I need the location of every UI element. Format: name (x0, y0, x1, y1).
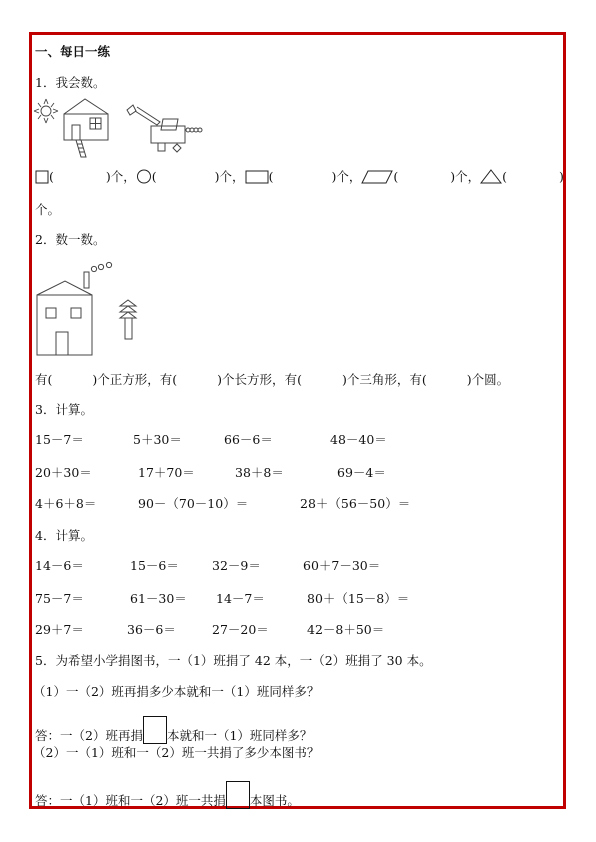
section-title: 一、每日一练 (35, 44, 110, 60)
text: 有( (160, 372, 177, 387)
triangle-icon (480, 169, 502, 188)
house-icon (64, 99, 108, 157)
answer-suffix: 本图书。 (250, 793, 300, 808)
text: 有( (35, 372, 52, 387)
text: )个三角形， (342, 372, 409, 387)
q4-item: 60＋7－30＝ (303, 558, 380, 574)
q3-item: 4＋6＋8＝ (35, 496, 96, 512)
q4-title: 4．计算。 (35, 528, 93, 544)
text: 有( (285, 372, 302, 387)
text: 有( (409, 372, 426, 387)
q1-title: 1．我会数。 (35, 75, 105, 91)
q5-sub1: （1）一（2）班再捐多少本就和一（1）班同样多？ (33, 684, 319, 700)
q5-title: 5．为希望小学捐图书，一（1）班捐了 42 本，一（2）班捐了 30 本。 (35, 653, 432, 669)
q4-item: 75－7＝ (35, 591, 84, 607)
answer-prefix: 答：一（1）班和一（2）班一共捐 (35, 793, 226, 808)
q3-item: 15－7＝ (35, 432, 84, 448)
blank-suffix: )个， (450, 169, 480, 184)
q5-answer1: 答：一（2）班再捐本就和一（1）班同样多？ (35, 716, 312, 744)
text: )个长方形， (217, 372, 284, 387)
q3-item: 90－（70－10）＝ (138, 496, 248, 512)
rectangle-icon (245, 170, 269, 188)
square-icon (35, 170, 49, 188)
q3-item: 20＋30＝ (35, 465, 92, 481)
blank-open: ( (269, 169, 274, 184)
house-icon (37, 281, 92, 355)
robot-dog-icon (127, 105, 202, 152)
q4-item: 14－7＝ (216, 591, 265, 607)
q3-item: 5＋30＝ (133, 432, 182, 448)
tree-icon (120, 300, 136, 339)
q1-blanks-line: ()个，()个，()个，()个，() (35, 169, 564, 188)
q3-item: 38＋8＝ (235, 465, 284, 481)
q2-sentence: 有()个正方形，有()个长方形，有()个三角形，有()个圆。 (35, 372, 509, 388)
q4-item: 80＋（15－8）＝ (307, 591, 409, 607)
q4-item: 61－30＝ (130, 591, 187, 607)
blank-open: ( (152, 169, 157, 184)
q4-item: 14－6＝ (35, 558, 84, 574)
answer-box[interactable] (226, 781, 250, 809)
blank-open: ( (393, 169, 398, 184)
answer-prefix: 答：一（2）班再捐 (35, 728, 143, 743)
circle-icon (136, 169, 152, 188)
chimney-icon (84, 262, 112, 288)
blank-suffix: )个， (215, 169, 245, 184)
q4-item: 36－6＝ (127, 622, 176, 638)
q3-item: 48－40＝ (330, 432, 387, 448)
blank-suffix: )个， (106, 169, 136, 184)
q2-title: 2．数一数。 (35, 232, 105, 248)
q1-picture (33, 97, 203, 162)
q3-item: 28＋（56－50）＝ (300, 496, 410, 512)
text: )个圆。 (467, 372, 509, 387)
q3-item: 17＋70＝ (138, 465, 195, 481)
answer-box[interactable] (143, 716, 167, 744)
blank-suffix: )个， (331, 169, 361, 184)
q4-item: 42－8＋50＝ (307, 622, 384, 638)
text: )个正方形， (92, 372, 159, 387)
q4-item: 27－20＝ (212, 622, 269, 638)
answer-suffix: 本就和一（1）班同样多？ (167, 728, 312, 743)
q3-item: 69－4＝ (337, 465, 386, 481)
q2-picture (35, 260, 145, 360)
q4-item: 32－9＝ (212, 558, 261, 574)
q1-tail: 个。 (35, 202, 60, 218)
blank-suffix: ) (559, 169, 564, 184)
parallelogram-icon (361, 170, 393, 188)
q3-item: 66－6＝ (224, 432, 273, 448)
q4-item: 29＋7＝ (35, 622, 84, 638)
blank-open: ( (502, 169, 507, 184)
blank-open: ( (49, 169, 54, 184)
sun-icon (34, 99, 58, 123)
q4-item: 15－6＝ (130, 558, 179, 574)
q5-sub2: （2）一（1）班和一（2）班一共捐了多少本图书？ (33, 745, 319, 761)
q3-title: 3．计算。 (35, 402, 93, 418)
q5-answer2: 答：一（1）班和一（2）班一共捐本图书。 (35, 781, 300, 809)
